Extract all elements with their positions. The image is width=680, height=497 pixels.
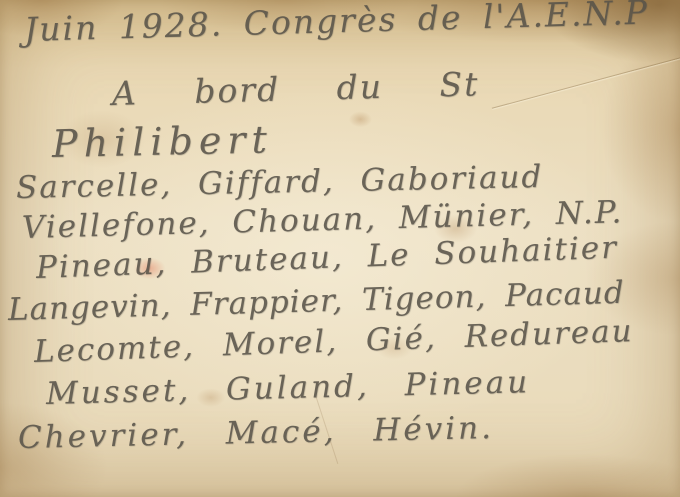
photo-back-scan: Juin 1928. Congrès de l'A.E.N.P A bord d… xyxy=(0,0,680,497)
handwriting-subheader-2: Philibert xyxy=(52,117,274,166)
